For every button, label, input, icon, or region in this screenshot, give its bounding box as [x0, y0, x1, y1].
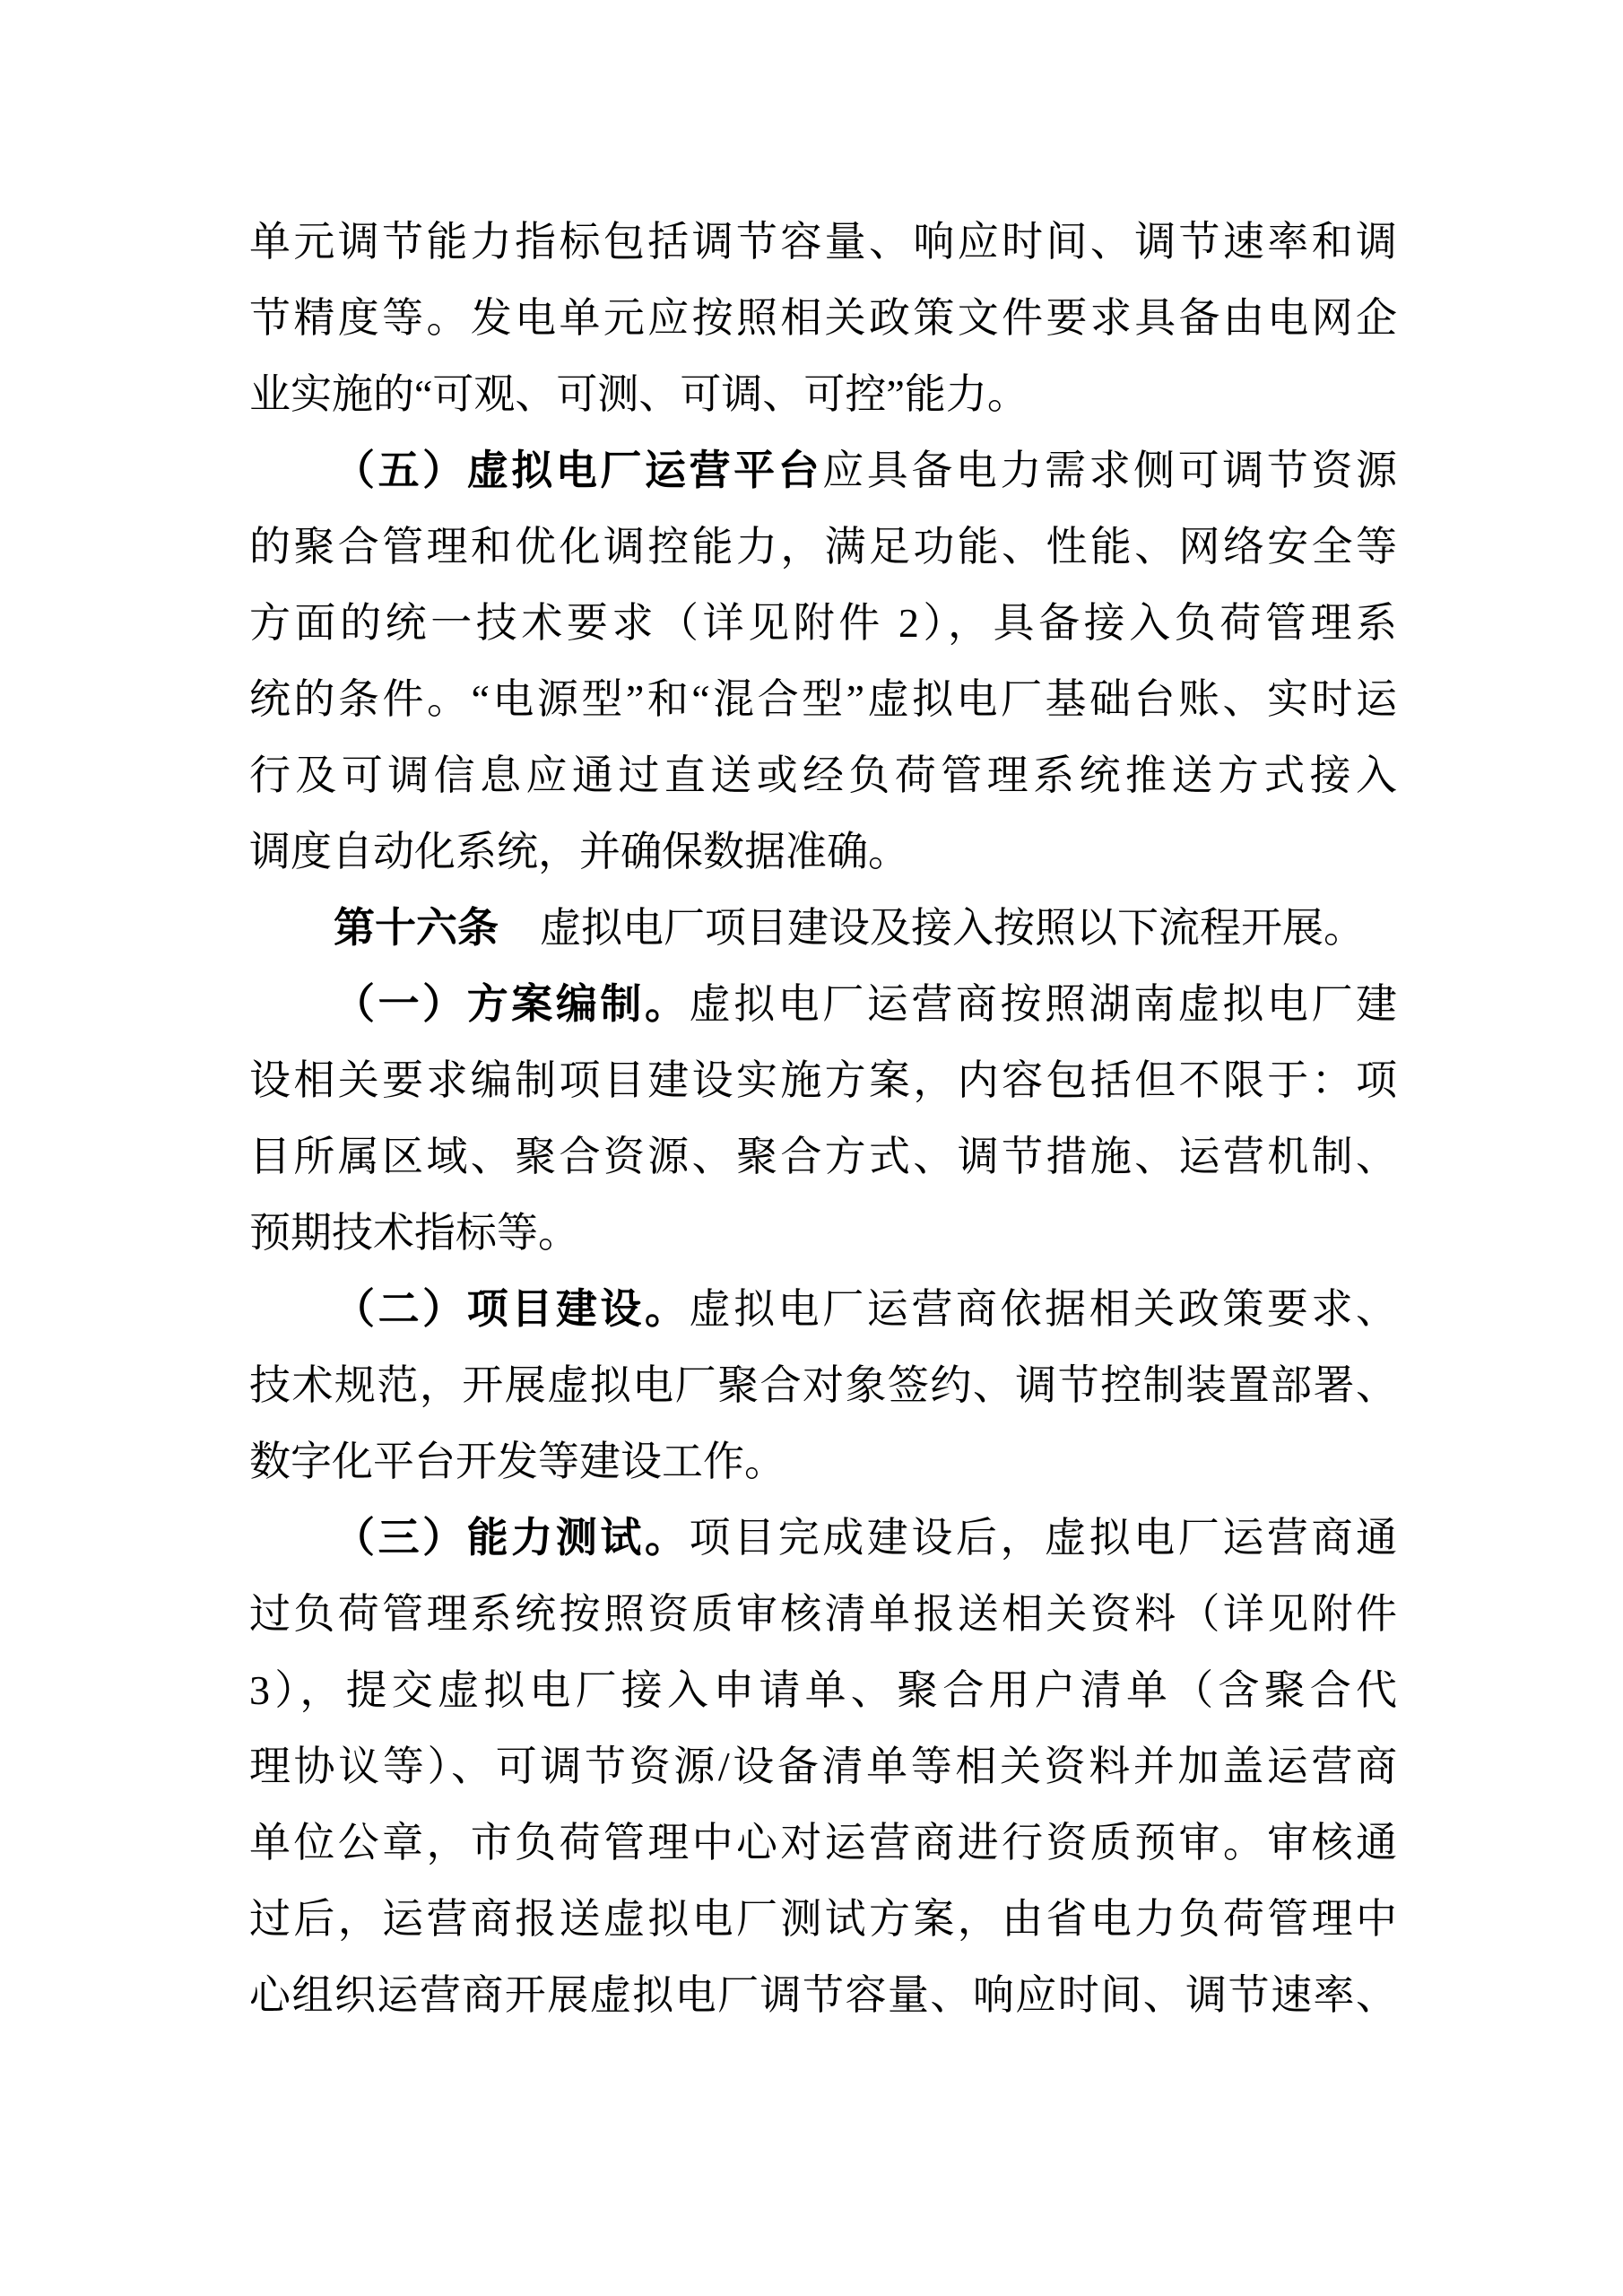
text-line: 设相关要求编制项目建设实施方案，内容包括但不限于：项	[249, 1042, 1397, 1118]
text-line: 调度自动化系统，并确保数据准确。	[249, 813, 1397, 890]
document-screenshot: { "page": { "background_color": "#ffffff…	[0, 0, 1623, 2296]
text-segment: 目所属区域、聚合资源、聚合方式、调节措施、运营机制、	[249, 1134, 1397, 1179]
text-line: 心组织运营商开展虚拟电厂调节容量、响应时间、调节速率、	[249, 1957, 1397, 2033]
text-line: 过负荷管理系统按照资质审核清单报送相关资料（详见附件	[249, 1576, 1397, 1652]
document-lines: 单元调节能力指标包括调节容量、响应时间、调节速率和调节精度等。发电单元应按照相关…	[249, 204, 1397, 2033]
bold-segment: （一）方案编制。	[334, 980, 690, 1027]
text-line: （一）方案编制。虚拟电厂运营商按照湖南虚拟电厂建	[249, 966, 1397, 1042]
text-segment: 单位公章，市负荷管理中心对运营商进行资质预审。审核通	[249, 1820, 1397, 1865]
text-segment: 虚拟电厂项目建设及接入按照以下流程开展。	[499, 905, 1365, 951]
text-segment: 统的条件。“电源型”和“混合型”虚拟电厂基础台账、实时运	[249, 676, 1397, 722]
text-line: （二）项目建设。虚拟电厂运营商依据相关政策要求、	[249, 1271, 1397, 1347]
text-segment: 虚拟电厂运营商按照湖南虚拟电厂建	[690, 981, 1397, 1027]
text-segment: 行及可调信息应通过直送或经负荷管理系统推送方式接入	[249, 752, 1397, 798]
text-line: （三）能力测试。项目完成建设后，虚拟电厂运营商通	[249, 1500, 1397, 1576]
text-line: 单元调节能力指标包括调节容量、响应时间、调节速率和调	[249, 204, 1397, 280]
text-segment: 预期技术指标等。	[249, 1210, 579, 1256]
text-segment: 设相关要求编制项目建设实施方案，内容包括但不限于：项	[249, 1057, 1397, 1103]
text-segment: 3），提交虚拟电厂接入申请单、聚合用户清单（含聚合代	[249, 1667, 1397, 1713]
text-line: 的聚合管理和优化调控能力，满足功能、性能、网络安全等	[249, 509, 1397, 585]
text-segment: 数字化平台开发等建设工作。	[249, 1439, 785, 1484]
bold-segment: （二）项目建设。	[334, 1285, 690, 1332]
text-line: 过后，运营商报送虚拟电厂测试方案，由省电力负荷管理中	[249, 1881, 1397, 1957]
text-segment: 的聚合管理和优化调控能力，满足功能、性能、网络安全等	[249, 524, 1397, 570]
text-line: 3），提交虚拟电厂接入申请单、聚合用户清单（含聚合代	[249, 1652, 1397, 1728]
text-segment: 理协议等）、可调节资源/设备清单等相关资料并加盖运营商	[249, 1744, 1397, 1789]
text-segment: 调度自动化系统，并确保数据准确。	[249, 829, 909, 874]
text-line: 数字化平台开发等建设工作。	[249, 1423, 1397, 1500]
text-line: 单位公章，市负荷管理中心对运营商进行资质预审。审核通	[249, 1805, 1397, 1881]
text-line: 行及可调信息应通过直送或经负荷管理系统推送方式接入	[249, 737, 1397, 813]
bold-segment: （三）能力测试。	[334, 1514, 690, 1561]
text-line: 目所属区域、聚合资源、聚合方式、调节措施、运营机制、	[249, 1118, 1397, 1195]
text-line: 业实施的“可观、可测、可调、可控”能力。	[249, 356, 1397, 432]
text-line: 预期技术指标等。	[249, 1195, 1397, 1271]
text-segment: 应具备电力需求侧可调节资源	[822, 448, 1397, 493]
text-segment: 技术规范，开展虚拟电厂聚合对象签约、调节控制装置部署、	[249, 1362, 1397, 1408]
text-segment: 项目完成建设后，虚拟电厂运营商通	[690, 1515, 1397, 1561]
text-segment: 虚拟电厂运营商依据相关政策要求、	[690, 1286, 1397, 1332]
text-line: 统的条件。“电源型”和“混合型”虚拟电厂基础台账、实时运	[249, 661, 1397, 737]
text-segment: 方面的统一技术要求（详见附件 2），具备接入负荷管理系	[249, 600, 1397, 646]
text-segment: 心组织运营商开展虚拟电厂调节容量、响应时间、调节速率、	[249, 1972, 1397, 2018]
document-page: 单元调节能力指标包括调节容量、响应时间、调节速率和调节精度等。发电单元应按照相关…	[249, 204, 1397, 2033]
text-line: 方面的统一技术要求（详见附件 2），具备接入负荷管理系	[249, 585, 1397, 661]
text-line: 理协议等）、可调节资源/设备清单等相关资料并加盖运营商	[249, 1728, 1397, 1805]
text-line: 第十六条 虚拟电厂项目建设及接入按照以下流程开展。	[249, 890, 1397, 966]
text-segment: 节精度等。发电单元应按照相关政策文件要求具备由电网企	[249, 295, 1397, 341]
text-line: （五）虚拟电厂运营平台应具备电力需求侧可调节资源	[249, 432, 1397, 509]
bold-segment: （五）虚拟电厂运营平台	[334, 447, 822, 493]
text-segment: 单元调节能力指标包括调节容量、响应时间、调节速率和调	[249, 219, 1397, 265]
text-line: 技术规范，开展虚拟电厂聚合对象签约、调节控制装置部署、	[249, 1347, 1397, 1423]
text-segment: 过后，运营商报送虚拟电厂测试方案，由省电力负荷管理中	[249, 1896, 1397, 1942]
text-segment: 业实施的“可观、可测、可调、可控”能力。	[249, 371, 1028, 417]
text-segment: 过负荷管理系统按照资质审核清单报送相关资料（详见附件	[249, 1591, 1397, 1637]
bold-segment: 第十六条	[334, 904, 499, 951]
text-line: 节精度等。发电单元应按照相关政策文件要求具备由电网企	[249, 280, 1397, 356]
